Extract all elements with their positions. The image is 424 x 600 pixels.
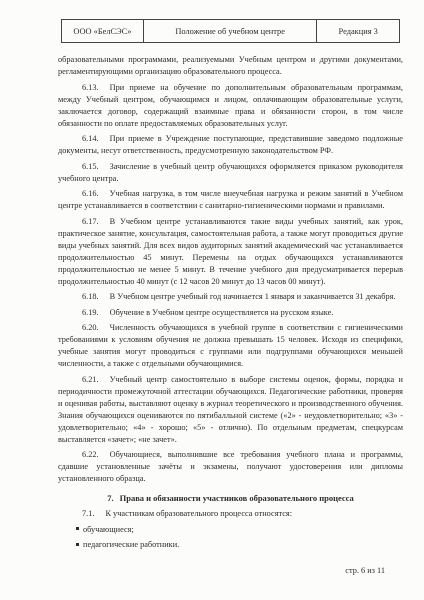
document-header-table: ООО «БелСЭС» Положение об учебном центре…	[61, 19, 400, 43]
bullet-icon	[76, 543, 79, 546]
clause-number: 6.22.	[82, 450, 99, 459]
clause-number: 6.16.	[82, 189, 99, 198]
header-org-cell: ООО «БелСЭС»	[62, 20, 143, 42]
list-item-text: педагогические работники.	[83, 540, 179, 549]
clause-number: 6.13.	[82, 83, 99, 92]
clause-text: В Учебном центре учебный год начинается …	[110, 292, 396, 301]
clause-number: 6.20.	[82, 323, 99, 332]
clause-6-17: 6.17.В Учебном центре устанавливаются та…	[58, 216, 403, 288]
header-revision-cell: Редакция 3	[316, 20, 399, 42]
clause-text: К участникам образовательного процесса о…	[105, 509, 292, 518]
clause-text: В Учебном центре устанавливаются такие в…	[58, 217, 403, 286]
page-number: стр. 6 из 11	[345, 566, 385, 575]
list-item-text: обучающиеся;	[83, 525, 134, 534]
clause-number: 7.1.	[82, 509, 94, 518]
header-title-cell: Положение об учебном центре	[143, 20, 317, 42]
clause-text: Численность обучающихся в учебной группе…	[58, 323, 403, 368]
clause-text: При приеме на обучение по дополнительным…	[58, 83, 403, 128]
clause-6-22: 6.22.Обучающиеся, выполнившие все требов…	[58, 449, 403, 485]
clause-6-16: 6.16.Учебная нагрузка, в том числе внеуч…	[58, 188, 403, 212]
list-item: обучающиеся;	[76, 523, 403, 536]
clause-number: 6.19.	[82, 308, 99, 317]
clause-6-14: 6.14.При приеме в Учреждение поступающие…	[58, 133, 403, 157]
continuation-paragraph: образовательными программами, реализуемы…	[58, 54, 403, 78]
list-item: педагогические работники.	[76, 538, 403, 551]
clause-6-20: 6.20.Численность обучающихся в учебной г…	[58, 322, 403, 370]
clause-6-19: 6.19.Обучение в Учебном центре осуществл…	[58, 307, 403, 319]
bullet-icon	[76, 527, 79, 530]
clause-number: 6.21.	[82, 375, 99, 384]
clause-7-1: 7.1.К участникам образовательного процес…	[58, 508, 403, 520]
clause-text: Обучение в Учебном центре осуществляется…	[110, 308, 334, 317]
section-title: Права и обязанности участников образоват…	[120, 493, 354, 503]
clause-text: Обучающиеся, выполнившие все требования …	[58, 450, 403, 483]
clause-text: Учебный центр самостоятельно в выборе си…	[58, 375, 403, 444]
section-7-heading: 7.Права и обязанности участников образов…	[58, 492, 403, 504]
clause-number: 6.17.	[82, 217, 99, 226]
clause-number: 6.15.	[82, 162, 99, 171]
section-number: 7.	[107, 493, 113, 503]
clause-text: При приеме в Учреждение поступающие, пре…	[58, 134, 403, 155]
clause-text: Учебная нагрузка, в том числе внеучебная…	[58, 189, 403, 210]
clause-text: Зачисление в учебный центр обучающихся о…	[58, 162, 403, 183]
clause-6-21: 6.21.Учебный центр самостоятельно в выбо…	[58, 374, 403, 446]
clause-6-13: 6.13.При приеме на обучение по дополните…	[58, 82, 403, 130]
document-page: ООО «БелСЭС» Положение об учебном центре…	[0, 0, 424, 600]
clause-number: 6.18.	[82, 292, 99, 301]
clause-number: 6.14.	[82, 134, 99, 143]
clause-6-18: 6.18.В Учебном центре учебный год начина…	[58, 291, 403, 303]
participants-list: обучающиеся; педагогические работники.	[58, 523, 403, 552]
clause-6-15: 6.15.Зачисление в учебный центр обучающи…	[58, 161, 403, 185]
document-body: образовательными программами, реализуемы…	[58, 54, 403, 551]
